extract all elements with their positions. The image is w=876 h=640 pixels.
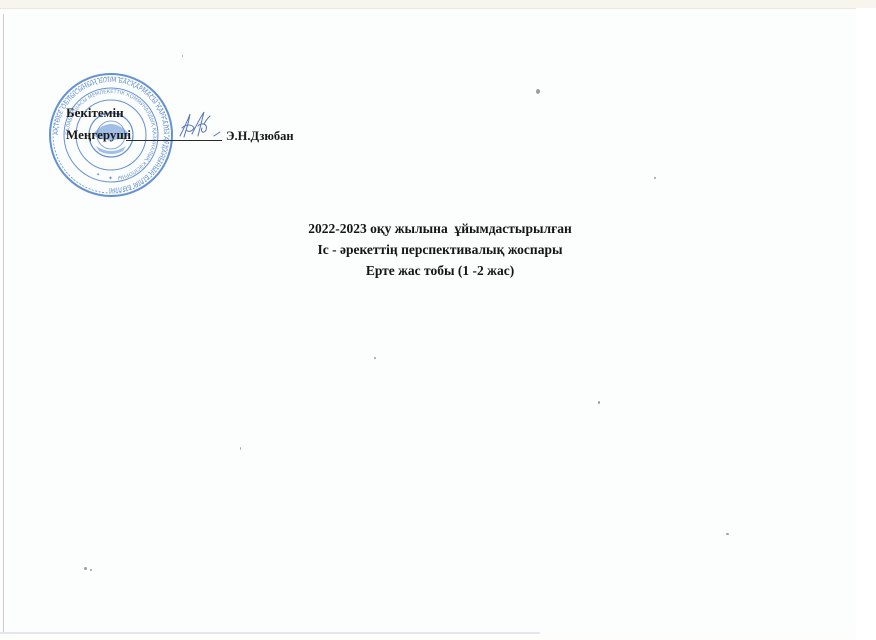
scan-speck [654, 177, 656, 179]
handwritten-signature-icon [174, 110, 224, 140]
page-edge-top [0, 0, 876, 9]
svg-text:✦: ✦ [96, 172, 100, 178]
scan-speck [90, 569, 92, 571]
page-edge-right [856, 8, 876, 640]
signer-name: Э.Н.Дзюбан [226, 129, 294, 144]
signature-line [126, 140, 222, 141]
scan-speck [726, 533, 729, 535]
scan-speck [598, 401, 600, 404]
title-line-academic-year: 2022-2023 оқу жылына ұйымдастырылған [200, 218, 680, 239]
page-edge-bottom [0, 632, 540, 634]
scan-speck [240, 447, 241, 450]
page-edge-left [3, 14, 4, 634]
scan-speck [84, 567, 87, 570]
scan-speck [374, 357, 376, 359]
svg-text:✦: ✦ [108, 175, 113, 182]
title-line-plan-name: Іс - әрекеттің перспективалық жоспары [200, 239, 680, 260]
scan-speck [182, 55, 183, 57]
approve-label: Бекітемін [66, 102, 131, 124]
approval-block: Бекітемін Меңгеруші [66, 102, 131, 146]
document-title-block: 2022-2023 оқу жылына ұйымдастырылған Іс … [200, 218, 680, 281]
scan-speck [536, 89, 540, 94]
scanned-document: АҚТӨБЕ ОБЛЫСЫНЫҢ БІЛІМ БАСҚАРМАСЫ ҚАРҒАЛ… [0, 0, 876, 640]
position-label: Меңгеруші [66, 124, 131, 146]
title-line-age-group: Ерте жас тобы (1 -2 жас) [200, 260, 680, 281]
